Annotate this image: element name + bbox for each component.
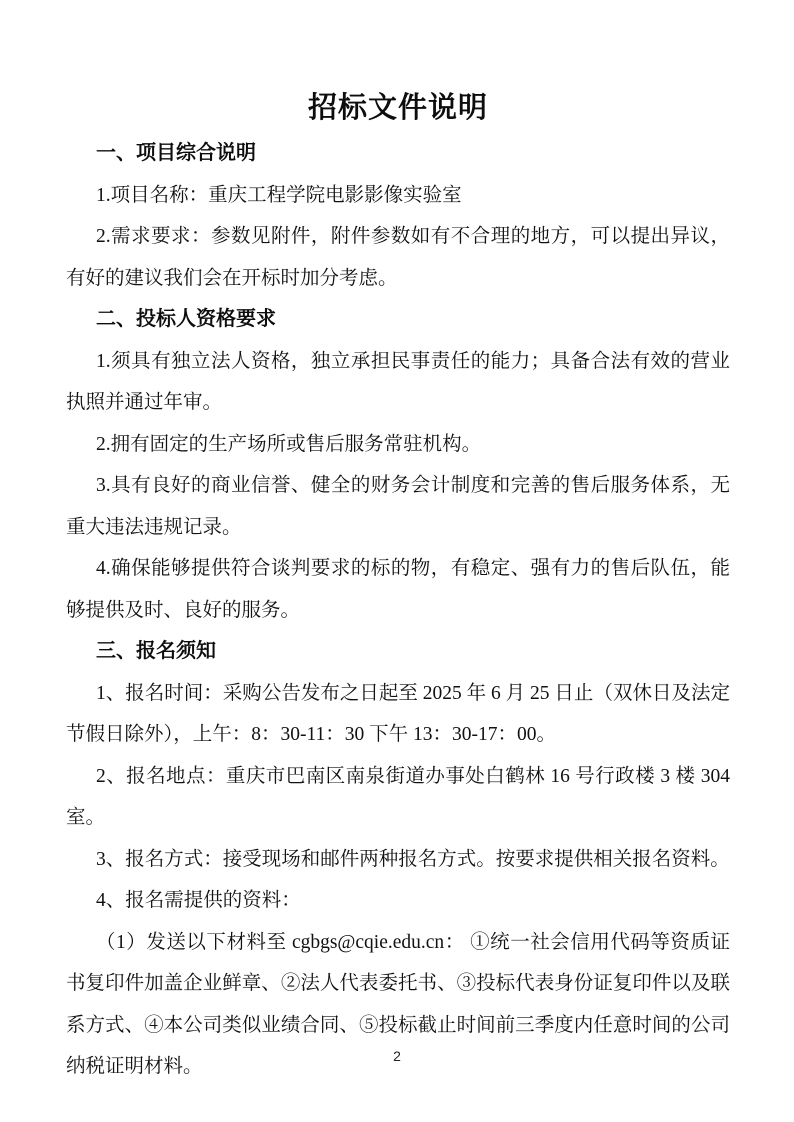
paragraph: 4.确保能够提供符合谈判要求的标的物，有稳定、强有力的售后队伍，能够提供及时、良…	[66, 548, 730, 631]
page-number: 2	[0, 1048, 794, 1064]
paragraph: 1.须具有独立法人资格，独立承担民事责任的能力；具备合法有效的营业执照并通过年审…	[66, 341, 730, 424]
document-page: 招标文件说明 一、项目综合说明 1.项目名称：重庆工程学院电影影像实验室 2.需…	[0, 0, 794, 1122]
section-bidder-qualifications: 二、投标人资格要求 1.须具有独立法人资格，独立承担民事责任的能力；具备合法有效…	[66, 299, 730, 631]
section-heading-2: 二、投标人资格要求	[66, 299, 730, 341]
paragraph: 2、报名地点：重庆市巴南区南泉街道办事处白鹤林 16 号行政楼 3 楼 304 …	[66, 756, 730, 839]
section-heading-1: 一、项目综合说明	[66, 133, 730, 175]
paragraph: 3.具有良好的商业信誉、健全的财务会计制度和完善的售后服务体系，无重大违法违规记…	[66, 465, 730, 548]
paragraph: 1.项目名称：重庆工程学院电影影像实验室	[66, 175, 730, 217]
paragraph: 2.拥有固定的生产场所或售后服务常驻机构。	[66, 424, 730, 466]
paragraph: 3、报名方式：接受现场和邮件两种报名方式。按要求提供相关报名资料。	[66, 839, 730, 881]
paragraph: 4、报名需提供的资料：	[66, 880, 730, 922]
paragraph: 2.需求要求：参数见附件，附件参数如有不合理的地方，可以提出异议，有好的建议我们…	[66, 216, 730, 299]
section-heading-3: 三、报名须知	[66, 631, 730, 673]
section-registration-notes: 三、报名须知 1、报名时间：采购公告发布之日起至 2025 年 6 月 25 日…	[66, 631, 730, 1088]
paragraph: 1、报名时间：采购公告发布之日起至 2025 年 6 月 25 日止（双休日及法…	[66, 673, 730, 756]
document-content: 招标文件说明 一、项目综合说明 1.项目名称：重庆工程学院电影影像实验室 2.需…	[0, 0, 794, 1088]
document-title: 招标文件说明	[66, 84, 730, 133]
section-project-overview: 一、项目综合说明 1.项目名称：重庆工程学院电影影像实验室 2.需求要求：参数见…	[66, 133, 730, 299]
